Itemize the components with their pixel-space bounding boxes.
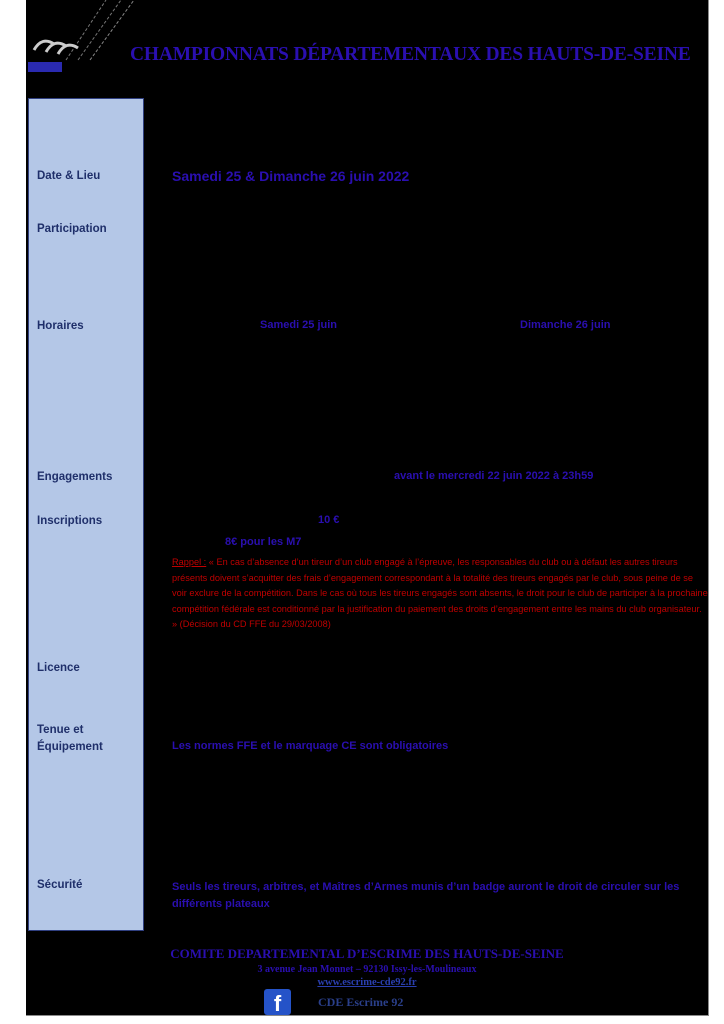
footer-website-link[interactable]: www.escrime-cde92.fr	[0, 977, 724, 988]
label-inscriptions: Inscriptions	[37, 513, 102, 529]
engagement-deadline: avant le mercredi 22 juin 2022 à 23h59	[394, 470, 593, 482]
fencing-logo-icon	[26, 0, 136, 80]
horaires-day1: Samedi 25 juin	[260, 319, 337, 331]
facebook-icon[interactable]: f	[264, 989, 291, 1015]
horaires-day2: Dimanche 26 juin	[520, 319, 610, 331]
footer-address: 3 avenue Jean Monnet – 92130 Issy-les-Mo…	[0, 964, 724, 975]
rappel-label: Rappel :	[172, 557, 206, 567]
inscription-price-m7: 8€ pour les M7	[225, 536, 301, 548]
label-participation: Participation	[37, 221, 107, 237]
label-licence: Licence	[37, 660, 80, 676]
label-securite: Sécurité	[37, 877, 82, 893]
inscription-price: 10 €	[318, 514, 339, 526]
tenue-rule: Les normes FFE et le marquage CE sont ob…	[172, 740, 448, 752]
label-tenue-line1: Tenue et	[37, 722, 83, 738]
securite-rule: Seuls les tireurs, arbitres, et Maîtres …	[172, 879, 708, 913]
page-title: CHAMPIONNATS DÉPARTEMENTAUX DES HAUTS-DE…	[130, 44, 710, 66]
label-date-lieu: Date & Lieu	[37, 168, 100, 184]
rappel-text: « En cas d’absence d’un tireur d’un club…	[172, 557, 708, 629]
label-tenue-line2: Équipement	[37, 739, 103, 755]
rappel-notice: Rappel : « En cas d’absence d’un tireur …	[172, 555, 708, 633]
label-horaires: Horaires	[37, 318, 84, 334]
event-date: Samedi 25 & Dimanche 26 juin 2022	[172, 168, 409, 184]
footer-facebook-name[interactable]: CDE Escrime 92	[318, 995, 403, 1010]
label-engagements: Engagements	[37, 469, 112, 485]
footer-organization: COMITE DEPARTEMENTAL D’ESCRIME DES HAUTS…	[0, 946, 724, 962]
